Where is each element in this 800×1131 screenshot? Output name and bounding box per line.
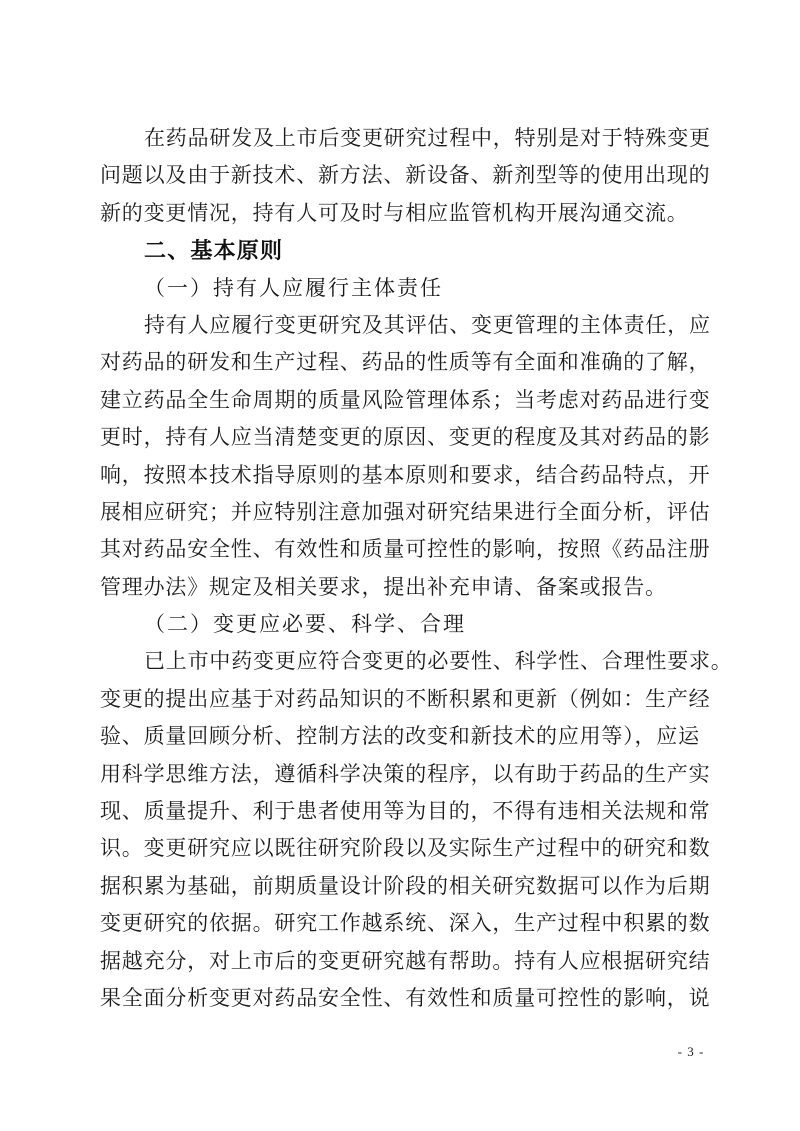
paragraph-line: 现、质量提升、利于患者使用等为目的，不得有违相关法规和常 <box>100 793 714 830</box>
paragraph-line: 用科学思维方法，遵循科学决策的程序，以有助于药品的生产实 <box>100 756 714 793</box>
section-heading: 二、基本原则 <box>100 232 714 269</box>
paragraph-line: 更时，持有人应当清楚变更的原因、变更的程度及其对药品的影 <box>100 419 714 456</box>
paragraph-line: 果全面分析变更对药品安全性、有效性和质量可控性的影响，说 <box>100 980 714 1017</box>
subsection-heading: （二）变更应必要、科学、合理 <box>100 606 714 643</box>
subsection-heading: （一）持有人应履行主体责任 <box>100 270 714 307</box>
page-number: - 3 - <box>658 1044 724 1060</box>
paragraph-line: 变更的提出应基于对药品知识的不断积累和更新（例如：生产经 <box>100 681 714 718</box>
paragraph-line: 变更研究的依据。研究工作越系统、深入，生产过程中积累的数 <box>100 905 714 942</box>
paragraph-line: 据越充分，对上市后的变更研究越有帮助。持有人应根据研究结 <box>100 943 714 980</box>
paragraph-line: 验、质量回顾分析、控制方法的改变和新技术的应用等），应运 <box>100 718 714 755</box>
paragraph-line: 在药品研发及上市后变更研究过程中，特别是对于特殊变更 <box>100 120 714 157</box>
paragraph-line: 识。变更研究应以既往研究阶段以及实际生产过程中的研究和数 <box>100 830 714 867</box>
paragraph-line: 已上市中药变更应符合变更的必要性、科学性、合理性要求。 <box>100 643 714 680</box>
document-page: 在药品研发及上市后变更研究过程中，特别是对于特殊变更问题以及由于新技术、新方法、… <box>0 0 800 1131</box>
paragraph-line: 问题以及由于新技术、新方法、新设备、新剂型等的使用出现的 <box>100 157 714 194</box>
paragraph-line: 展相应研究；并应特别注意加强对研究结果进行全面分析，评估 <box>100 494 714 531</box>
paragraph-line: 响，按照本技术指导原则的基本原则和要求，结合药品特点，开 <box>100 457 714 494</box>
paragraph-line: 其对药品安全性、有效性和质量可控性的影响，按照《药品注册 <box>100 531 714 568</box>
document-body: 在药品研发及上市后变更研究过程中，特别是对于特殊变更问题以及由于新技术、新方法、… <box>100 120 714 1017</box>
paragraph-line: 管理办法》规定及相关要求，提出补充申请、备案或报告。 <box>100 569 714 606</box>
paragraph-line: 对药品的研发和生产过程、药品的性质等有全面和准确的了解， <box>100 344 714 381</box>
paragraph-line: 持有人应履行变更研究及其评估、变更管理的主体责任，应 <box>100 307 714 344</box>
paragraph-line: 建立药品全生命周期的质量风险管理体系；当考虑对药品进行变 <box>100 382 714 419</box>
paragraph-line: 新的变更情况，持有人可及时与相应监管机构开展沟通交流。 <box>100 195 714 232</box>
paragraph-line: 据积累为基础，前期质量设计阶段的相关研究数据可以作为后期 <box>100 868 714 905</box>
